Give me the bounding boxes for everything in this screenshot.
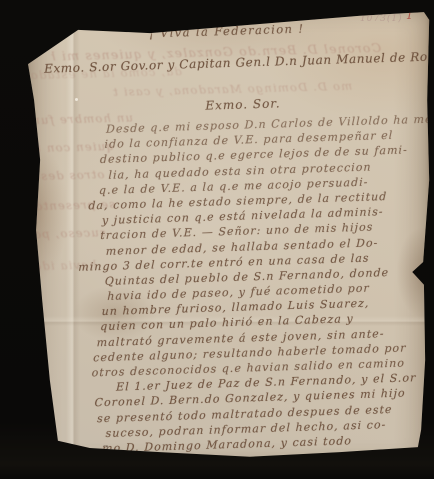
- letter-salutation: Exmo. Sor.: [205, 96, 281, 112]
- ink-flourish-icon: [381, 445, 416, 477]
- letter-content: ¡ Viva la Federacion ! Exmo. S.or Gov.or…: [20, 2, 434, 470]
- photo-stage: Coronel D. Bern.do Gonzalez, y quienes m…: [0, 0, 434, 479]
- page-number-mark: 2: [102, 443, 109, 456]
- letter-addressee: Exmo. S.or Gov.or y Capitan Gen.l D.n Ju…: [44, 49, 434, 76]
- letter-body: Desde q.e mi esposo D.n Carlos de Villol…: [94, 112, 434, 456]
- manuscript-paper: Coronel D. Bern.do Gonzalez, y quienes m…: [26, 8, 430, 464]
- folio-number-mark: 1: [406, 9, 413, 22]
- archive-number-annotation: 1073(1): [360, 14, 403, 24]
- letter-motto: ¡ Viva la Federacion !: [149, 22, 305, 41]
